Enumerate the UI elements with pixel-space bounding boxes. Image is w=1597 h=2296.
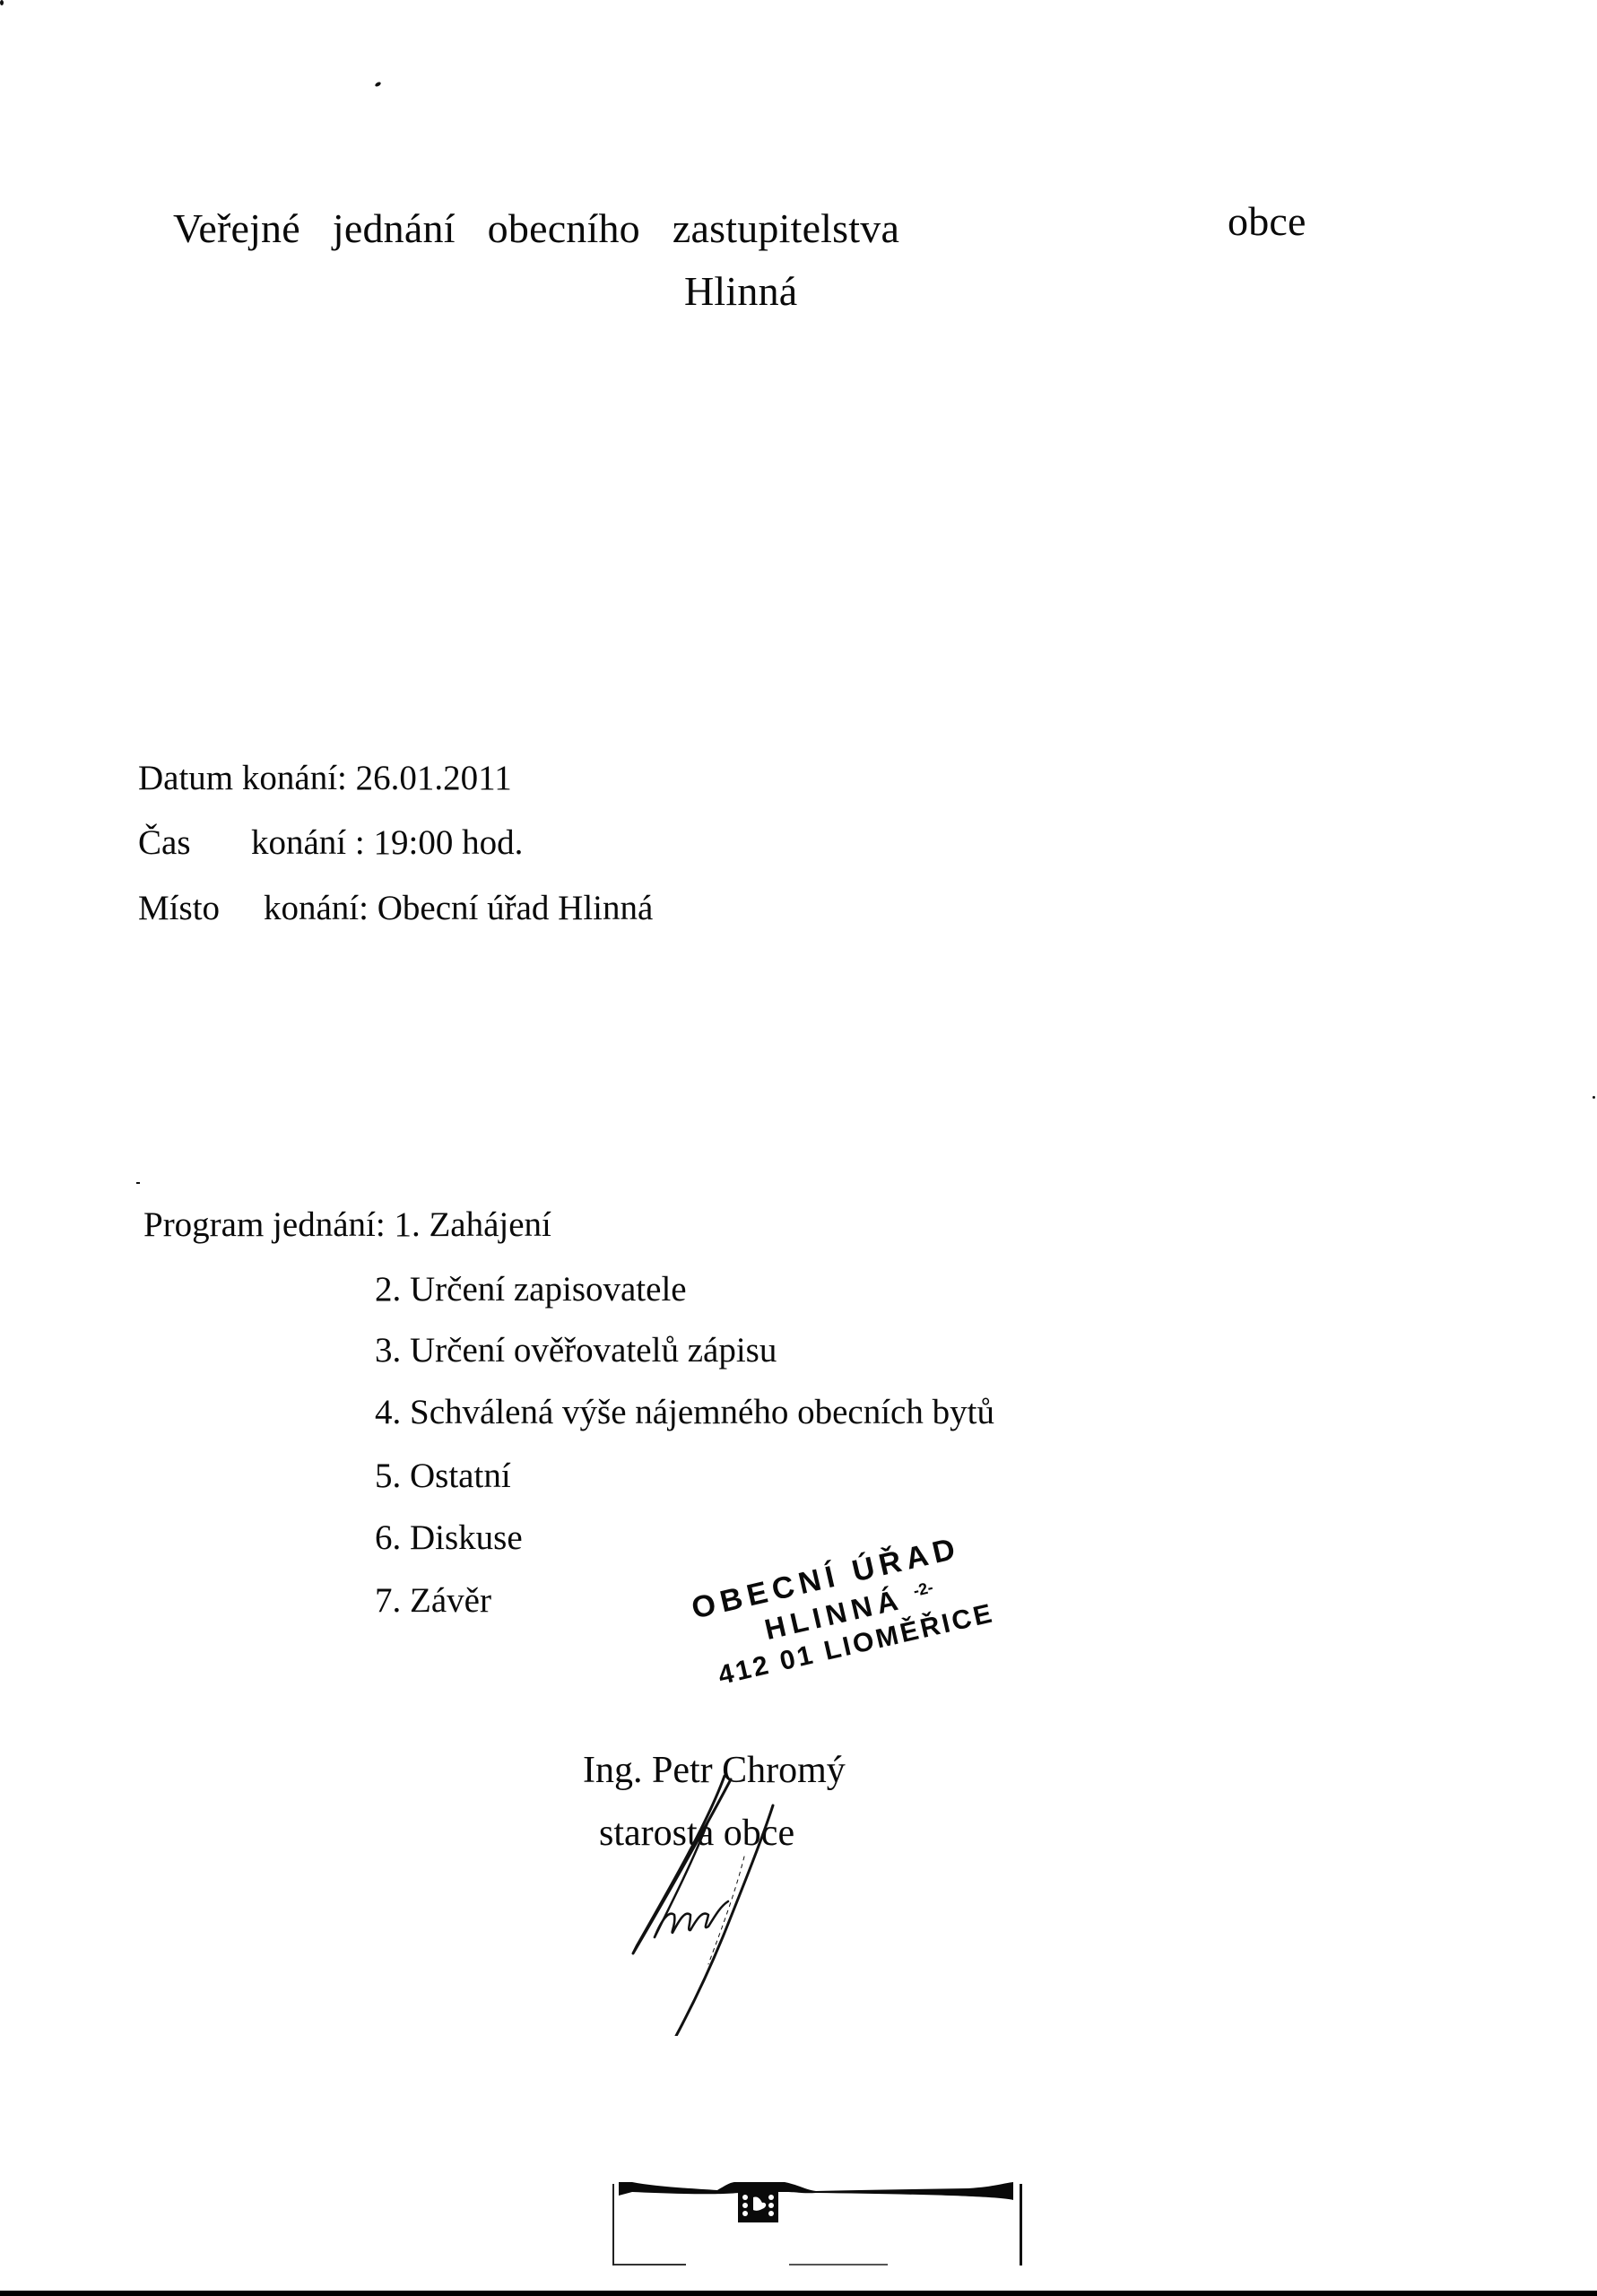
- title-word: Veřejné: [173, 205, 300, 251]
- document-title-line2: Hlinná: [684, 267, 797, 315]
- footer-frame-line: [614, 2264, 686, 2266]
- title-word: zastupitelstva: [673, 205, 899, 251]
- program-heading: Program jednání: 1. Zahájení: [143, 1205, 551, 1245]
- program-heading-label: Program jednání:: [143, 1205, 386, 1244]
- title-word: obecního: [488, 205, 640, 251]
- meeting-time: Časkonání : 19:00 hod.: [138, 822, 523, 863]
- program-item: 7. Závěr: [375, 1580, 491, 1621]
- handwritten-signature: [610, 1767, 789, 2036]
- meeting-date-label: Datum konání:: [138, 759, 347, 797]
- meeting-time-label: Čas: [138, 822, 251, 863]
- meeting-place-label: Místo: [138, 888, 264, 928]
- program-item: 4. Schválená výše nájemného obecních byt…: [375, 1392, 994, 1432]
- stamp-line2-suffix: -2-: [912, 1578, 935, 1600]
- program-item: 3. Určení ověřovatelů zápisu: [375, 1330, 777, 1370]
- program-item: 5. Ostatní: [375, 1456, 511, 1496]
- program-item: 2. Určení zapisovatele: [375, 1269, 687, 1309]
- meeting-place: Místokonání: Obecní úřad Hlinná: [138, 888, 653, 928]
- program-item: 6. Diskuse: [375, 1518, 523, 1558]
- meeting-date: Datum konání: 26.01.2011: [138, 758, 512, 798]
- footer-frame-line: [789, 2264, 888, 2266]
- document-title-line1: Veřejnéjednáníobecníhozastupitelstva: [173, 204, 932, 252]
- scan-speck: [1593, 1096, 1595, 1099]
- title-word: jednání: [333, 205, 456, 251]
- document-title-word-right: obce: [1228, 197, 1306, 245]
- film-logo-icon: [619, 2178, 1022, 2240]
- meeting-time-value: konání : 19:00 hod.: [251, 823, 523, 862]
- program-item: 1. Zahájení: [394, 1205, 551, 1244]
- meeting-place-value: konání: Obecní úřad Hlinná: [264, 889, 653, 927]
- official-stamp: OBECNÍ ÚŘAD HLINNÁ-2- 412 01 LIOMĚŘICE: [671, 1515, 1020, 1736]
- scan-speck: [136, 1182, 140, 1184]
- scan-speck: [374, 82, 381, 88]
- scan-speck: [0, 0, 4, 5]
- meeting-date-value: 26.01.2011: [356, 759, 512, 797]
- scan-bottom-edge: [0, 2291, 1597, 2296]
